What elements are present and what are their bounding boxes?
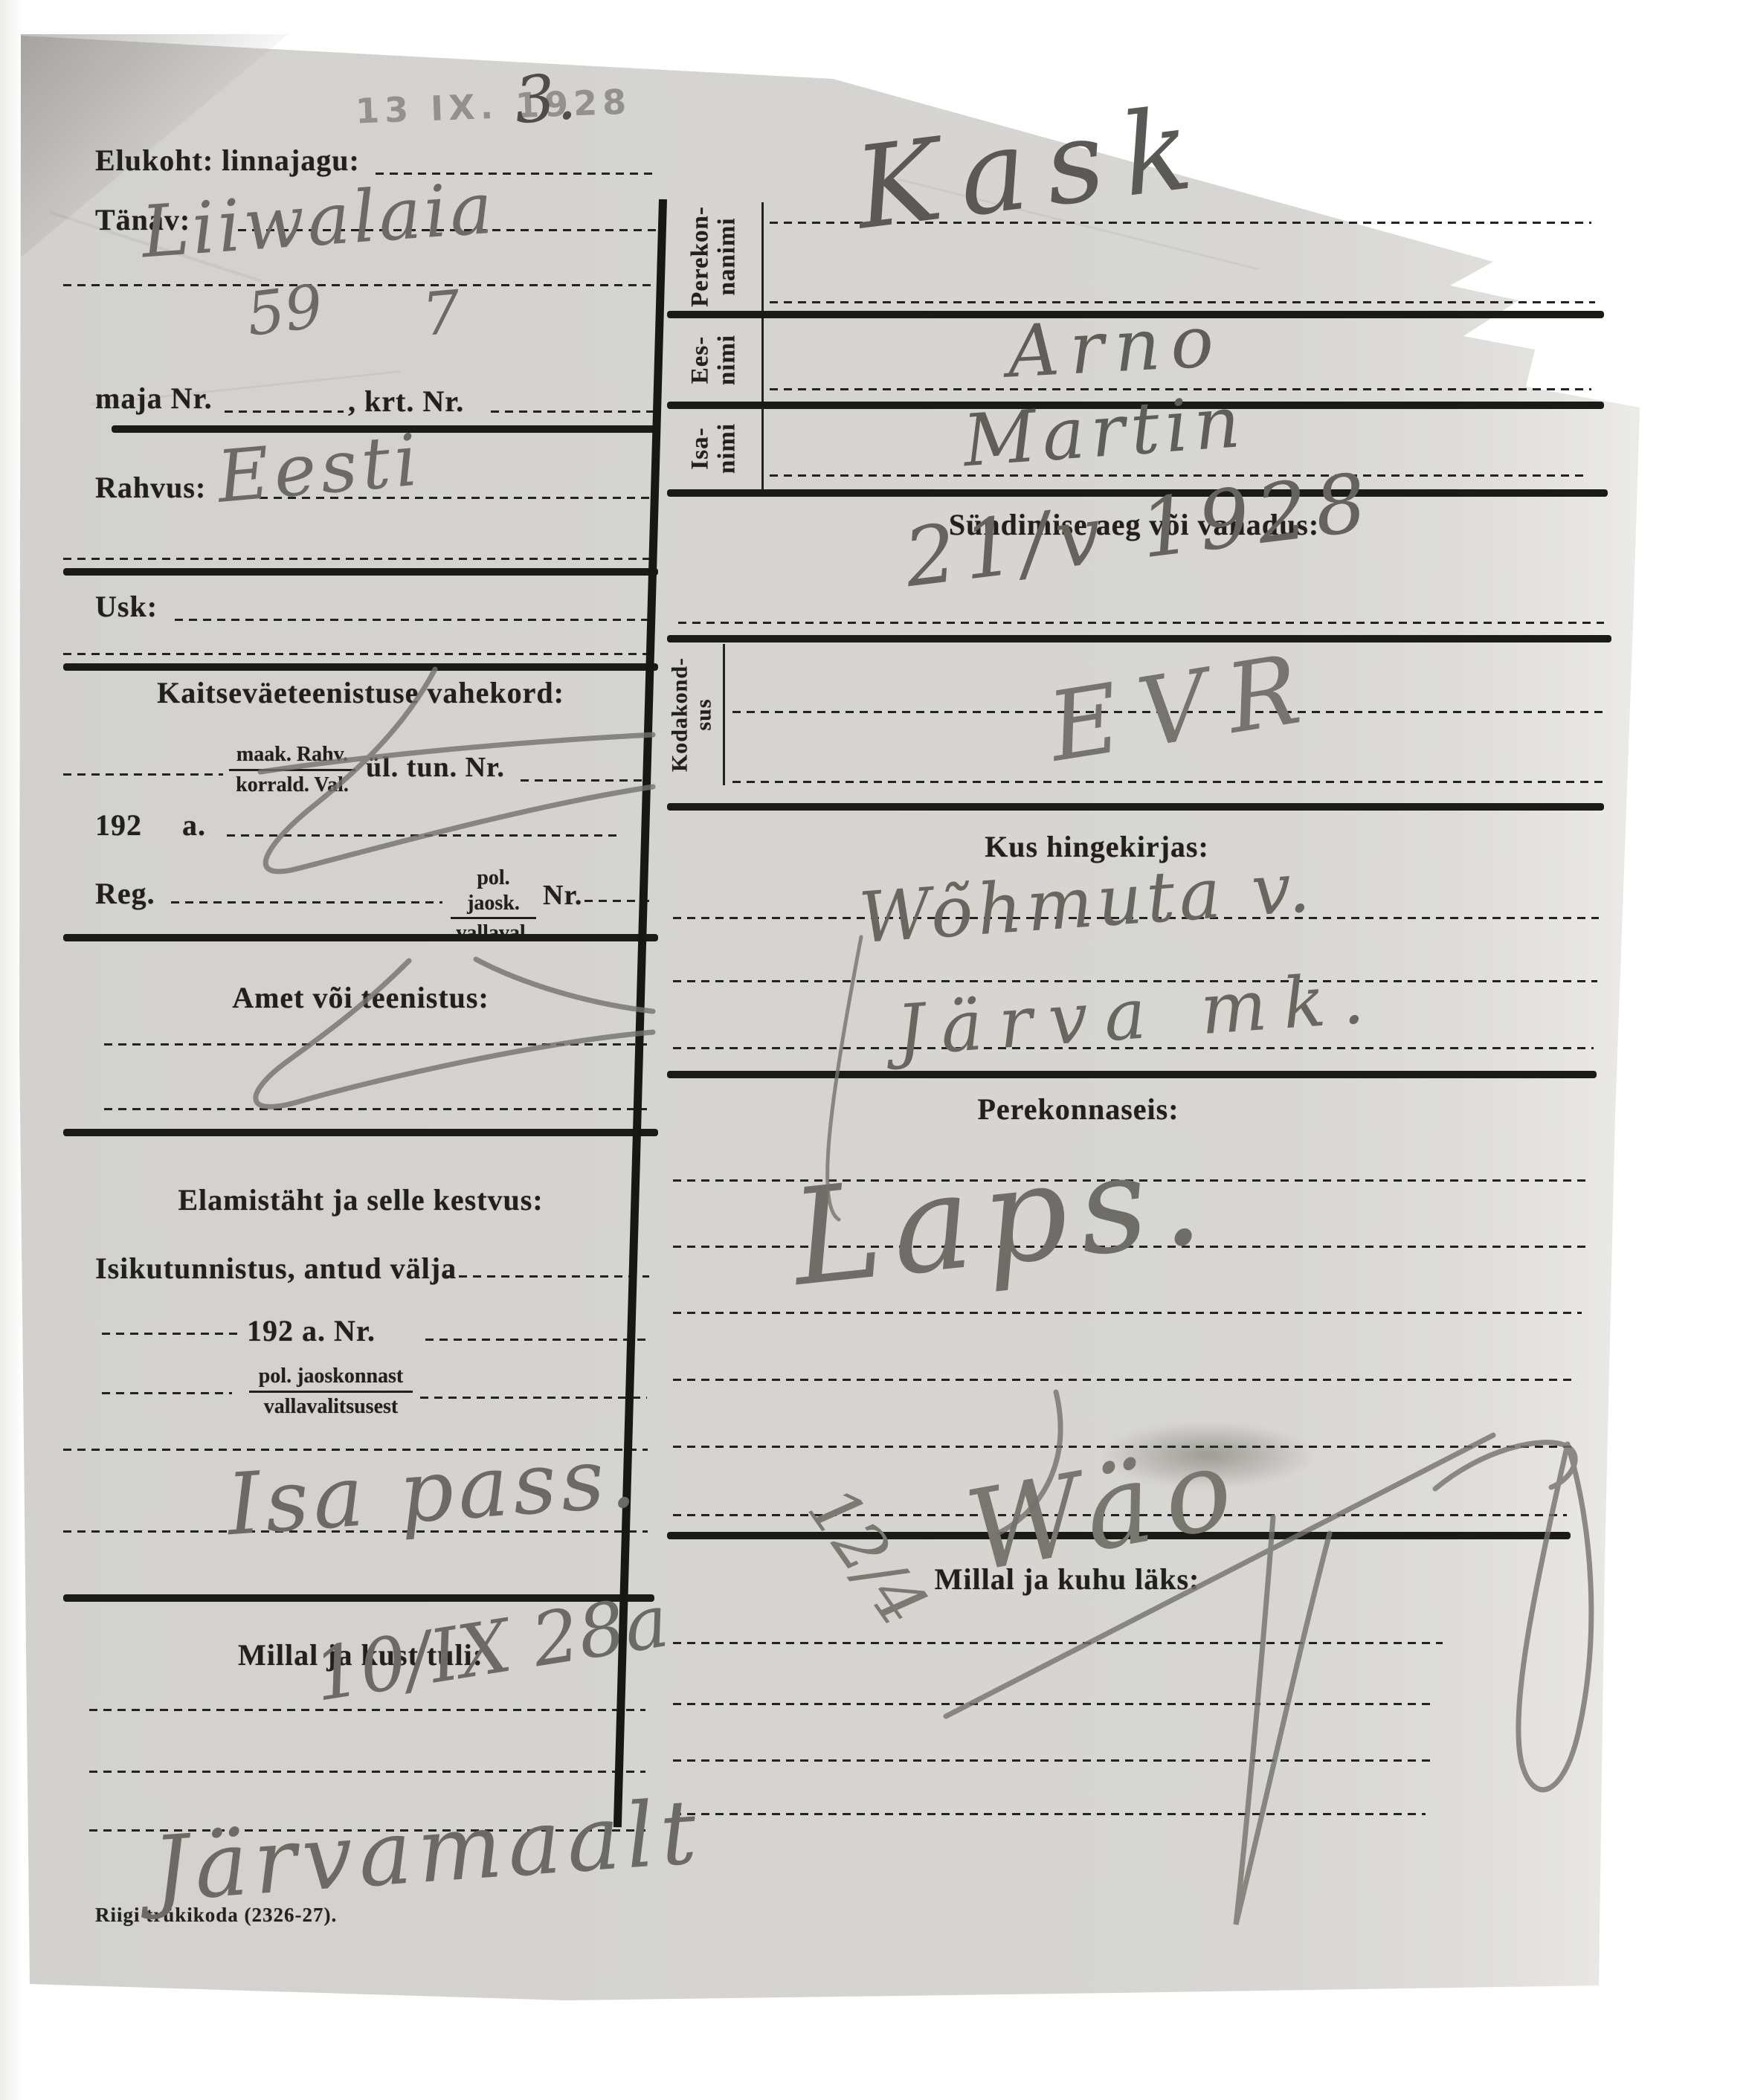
curl-stroke — [1435, 1443, 1575, 1489]
cancellation-stroke — [476, 959, 653, 1011]
flourish-loop — [1518, 1444, 1591, 1790]
pencil-strokes — [0, 0, 1752, 2100]
descender-stroke — [828, 937, 861, 1220]
scanned-registration-card: Elukoht: linnajagu: Tänav: maja Nr. , kr… — [0, 0, 1752, 2100]
laps-tail-stroke — [998, 1392, 1060, 1533]
diagonal-stroke — [946, 1435, 1493, 1716]
v-shaped-stroke — [1236, 1517, 1330, 1925]
cancellation-stroke — [256, 961, 653, 1107]
cancellation-stroke — [265, 669, 653, 872]
cancellation-stroke — [260, 735, 653, 772]
